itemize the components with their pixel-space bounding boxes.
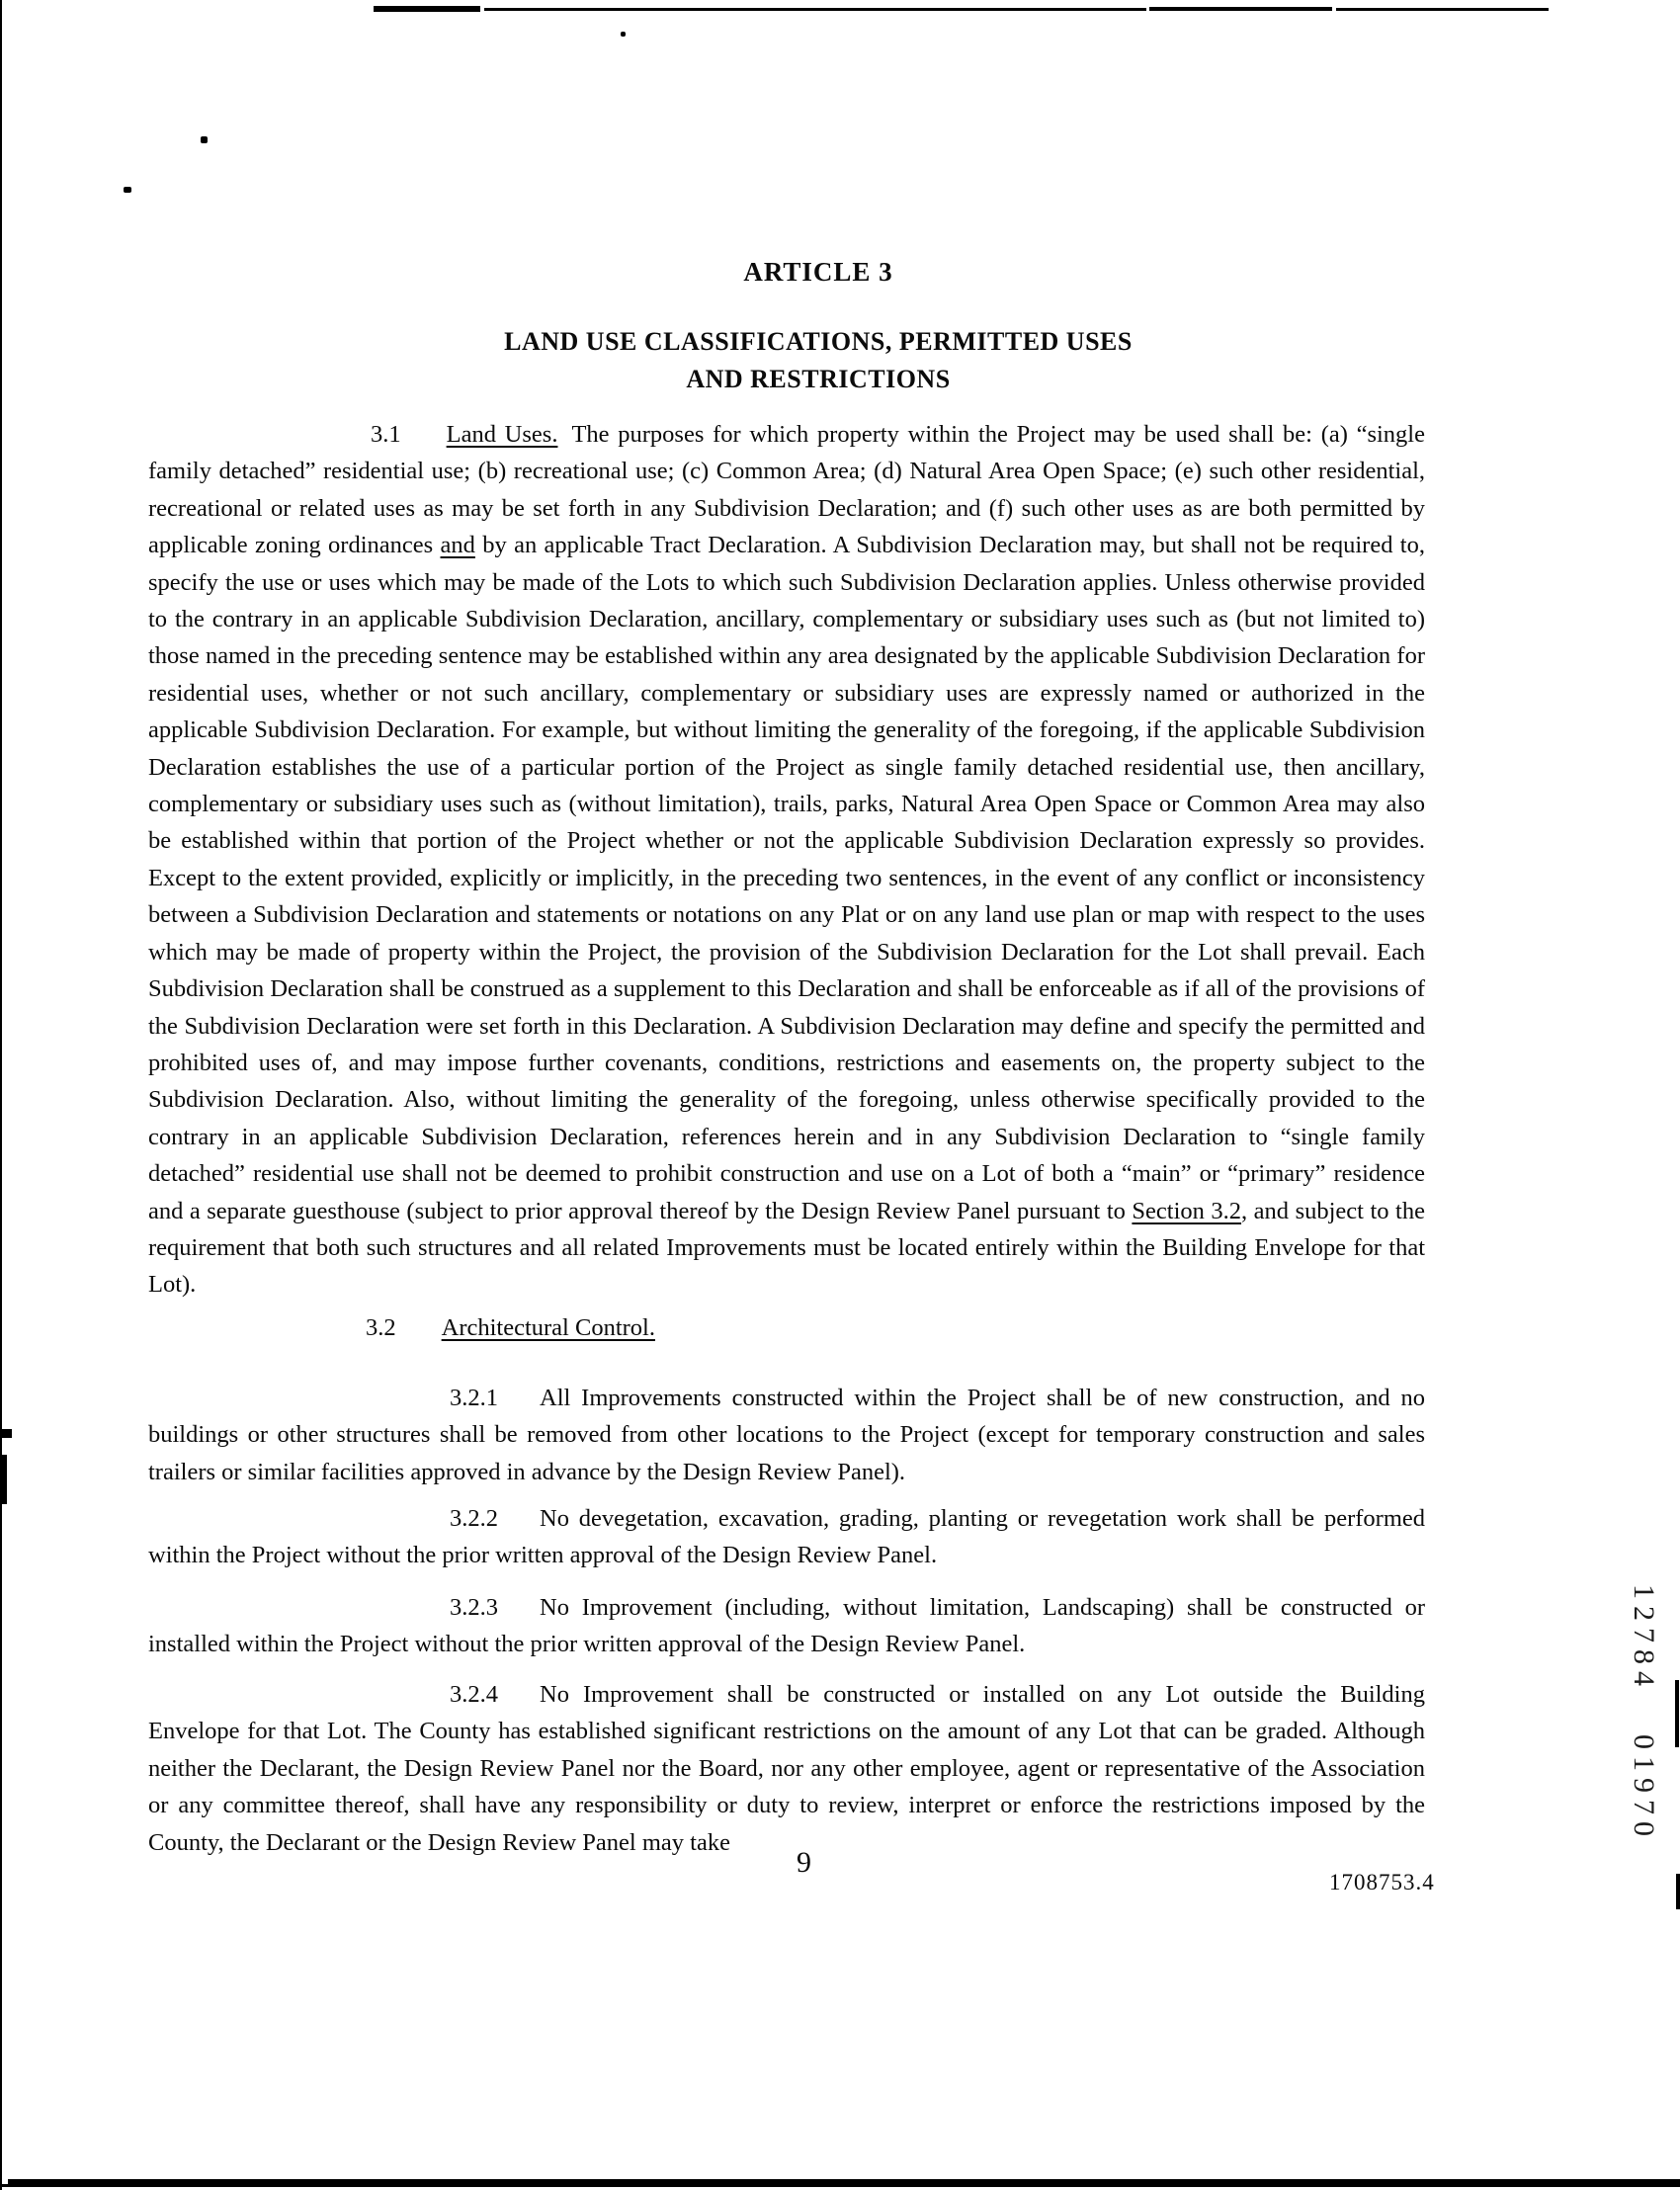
section-3-2-3-number: 3.2.3 (450, 1594, 498, 1621)
scan-artifact-right-mark (1675, 1680, 1679, 1747)
scan-speck (621, 32, 626, 37)
recorder-stamp-part2: 01970 (1628, 1734, 1660, 1843)
article-heading: ARTICLE 3 (180, 257, 1457, 288)
scan-artifact-top-line (1336, 8, 1549, 11)
section-3-2-title: Architectural Control. (442, 1314, 655, 1341)
section-3-2-number: 3.2 (366, 1314, 396, 1341)
document-reference-number: 1708753.4 (1329, 1870, 1435, 1895)
scan-artifact-left-edge (0, 0, 2, 2190)
section-3-2-3-text: No Improvement (including, without limit… (148, 1594, 1425, 1657)
section-3-2-4-paragraph: 3.2.4No Improvement shall be constructed… (148, 1676, 1425, 1861)
recorder-stamp-part1: 12784 (1628, 1584, 1660, 1693)
page-number: 9 (797, 1846, 811, 1880)
article-subtitle-line2: AND RESTRICTIONS (180, 361, 1457, 398)
section-3-2-1-paragraph: 3.2.1All Improvements constructed within… (148, 1380, 1425, 1490)
scan-artifact-bottom-line (0, 2184, 1680, 2187)
section-3-2-reference: Section 3.2 (1132, 1198, 1241, 1224)
section-3-2-2-number: 3.2.2 (450, 1505, 498, 1532)
section-3-1-number: 3.1 (371, 421, 401, 448)
scan-artifact-top-line (374, 6, 480, 12)
section-3-2-3-paragraph: 3.2.3No Improvement (including, without … (148, 1589, 1425, 1663)
section-3-2-2-text: No devegetation, excavation, grading, pl… (148, 1505, 1425, 1568)
scan-artifact-top-line (484, 8, 1146, 11)
underlined-and-word: and (441, 532, 475, 558)
section-3-2-1-number: 3.2.1 (450, 1385, 498, 1411)
section-3-2-4-text: No Improvement shall be constructed or i… (148, 1681, 1425, 1856)
article-subtitle-line1: LAND USE CLASSIFICATIONS, PERMITTED USES (180, 323, 1457, 361)
scan-artifact-left-mark (0, 1455, 7, 1504)
section-3-1-title: Land Uses. (447, 421, 558, 448)
article-subtitle: LAND USE CLASSIFICATIONS, PERMITTED USES… (180, 323, 1457, 398)
section-3-2-2-paragraph: 3.2.2No devegetation, excavation, gradin… (148, 1500, 1425, 1574)
section-3-2-1-text: All Improvements constructed within the … (148, 1385, 1425, 1485)
scan-artifact-left-mark (0, 1429, 12, 1438)
scan-speck (124, 187, 131, 193)
scan-speck (201, 136, 208, 143)
scanned-document-page: ARTICLE 3 LAND USE CLASSIFICATIONS, PERM… (0, 0, 1680, 2190)
recorder-stamp-number: 1278401970 (1621, 1584, 1660, 1863)
section-3-2-heading: 3.2Architectural Control. (148, 1314, 1425, 1342)
section-3-1-paragraph: 3.1Land Uses.The purposes for which prop… (148, 416, 1425, 1304)
scan-artifact-right-mark (1676, 1874, 1680, 1909)
section-3-2-4-number: 3.2.4 (450, 1681, 498, 1708)
section-3-1-text: by an applicable Tract Declaration. A Su… (148, 532, 1425, 1223)
scan-artifact-top-line (1149, 7, 1332, 11)
